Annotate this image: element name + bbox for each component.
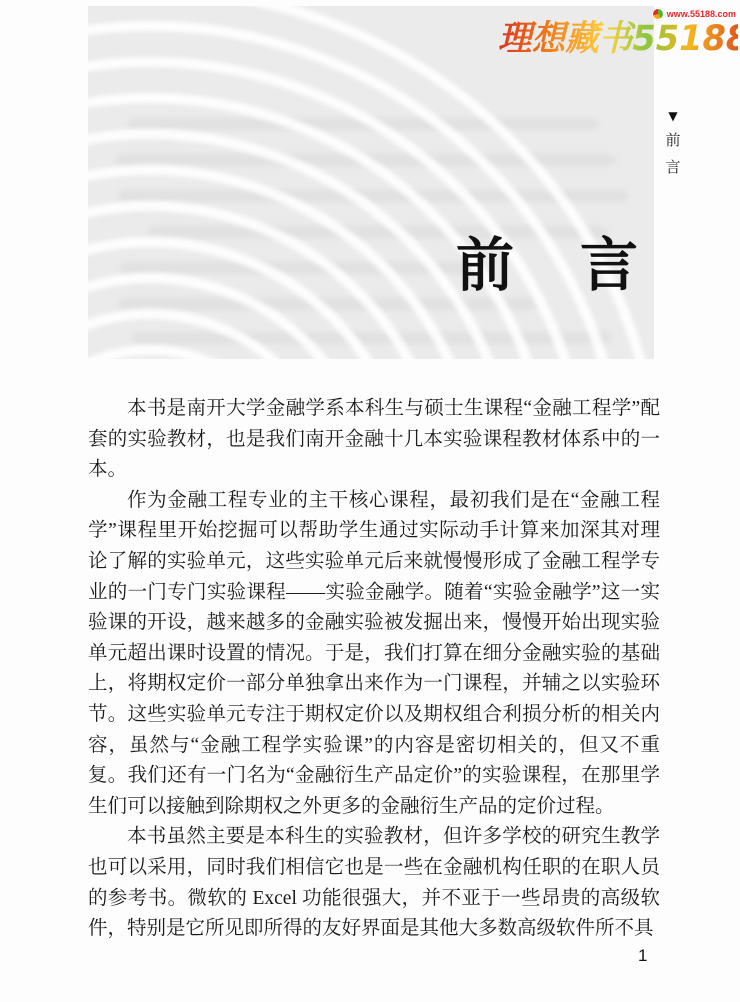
watermark-logo-text: 理想藏书55188 — [498, 20, 738, 59]
scanned-book-page: 前言 www.55188.com 理想藏书55188 ▼ 前 言 本书是南开大学… — [0, 0, 740, 1002]
margin-tab-preface: ▼ 前 言 — [662, 110, 684, 176]
paragraph: 本书虽然主要是本科生的实验教材，但许多学校的研究生教学也可以采用，同时我们相信它… — [88, 822, 660, 944]
margin-tab-char: 前 — [665, 131, 680, 149]
watermark-url: www.55188.com — [667, 9, 736, 19]
site-watermark: www.55188.com 理想藏书55188 — [488, 8, 738, 59]
paragraph: 作为金融工程专业的主干核心课程，最初我们是在“金融工程学”课程里开始挖掘可以帮助… — [88, 486, 660, 823]
preface-body: 本书是南开大学金融学系本科生与硕士生课程“金融工程学”配套的实验教材，也是我们南… — [88, 394, 660, 945]
page-number: 1 — [638, 946, 647, 966]
paragraph: 本书是南开大学金融学系本科生与硕士生课程“金融工程学”配套的实验教材，也是我们南… — [88, 394, 660, 486]
triangle-down-icon: ▼ — [668, 110, 677, 122]
preface-title: 前言 — [456, 236, 654, 294]
margin-tab-char: 言 — [665, 158, 680, 176]
